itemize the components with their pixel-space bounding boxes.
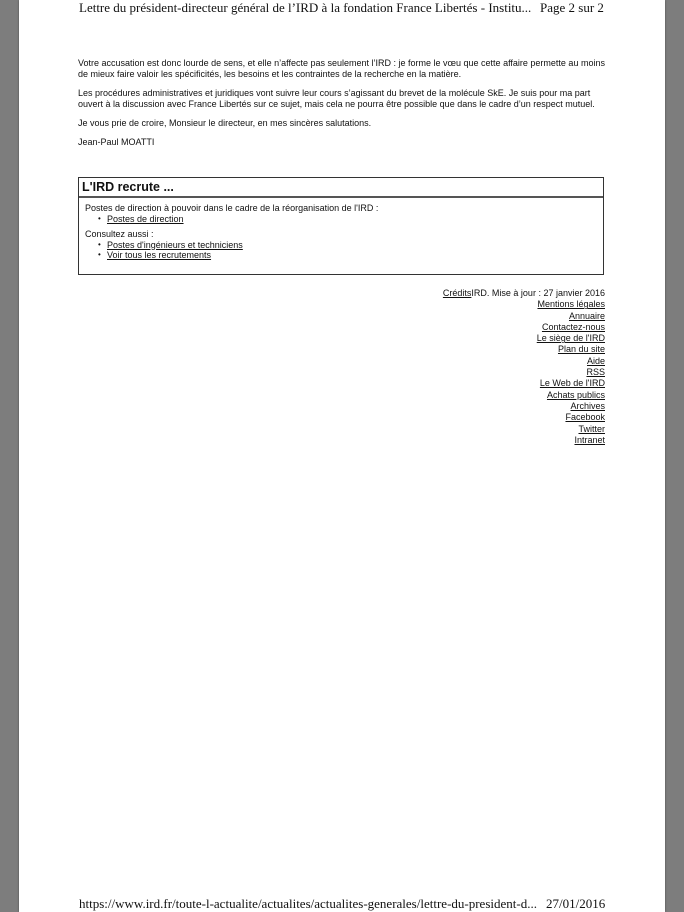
print-footer-date: 27/01/2016 — [546, 896, 605, 911]
list-item: Postes d'ingénieurs et techniciens — [107, 240, 603, 251]
link-mentions-legales[interactable]: Mentions légales — [537, 299, 605, 309]
recruitment-intro: Postes de direction à pouvoir dans le ca… — [85, 203, 603, 214]
link-annuaire[interactable]: Annuaire — [569, 311, 605, 321]
link-rss[interactable]: RSS — [586, 367, 605, 377]
recruitment-box-title: L'IRD recrute ... — [79, 178, 603, 198]
link-postes-direction[interactable]: Postes de direction — [107, 214, 184, 224]
list-item: Voir tous les recrutements — [107, 250, 603, 261]
recruitment-box: L'IRD recrute ... Postes de direction à … — [78, 177, 604, 275]
link-tous-recrutements[interactable]: Voir tous les recrutements — [107, 250, 211, 260]
print-header-title: Lettre du président-directeur général de… — [79, 0, 531, 15]
site-footer: CréditsIRD. Mise à jour : 27 janvier 201… — [443, 288, 605, 446]
printed-page: Lettre du président-directeur général de… — [19, 0, 665, 912]
see-also-label: Consultez aussi : — [85, 229, 603, 240]
page-indicator: Page 2 sur 2 — [540, 0, 604, 15]
print-header: Lettre du président-directeur général de… — [19, 0, 665, 20]
link-achats-publics[interactable]: Achats publics — [547, 390, 605, 400]
letter-signature: Jean-Paul MOATTI — [78, 137, 605, 148]
update-text: IRD. Mise à jour : 27 janvier 2016 — [471, 288, 605, 298]
link-postes-ingenieurs[interactable]: Postes d'ingénieurs et techniciens — [107, 240, 243, 250]
list-item: Postes de direction — [107, 214, 603, 225]
letter-paragraph: Je vous prie de croire, Monsieur le dire… — [78, 118, 605, 129]
link-siege-ird[interactable]: Le siège de l'IRD — [537, 333, 605, 343]
link-plan-du-site[interactable]: Plan du site — [558, 344, 605, 354]
link-contactez-nous[interactable]: Contactez-nous — [542, 322, 605, 332]
credits-link[interactable]: Crédits — [443, 288, 472, 298]
link-intranet[interactable]: Intranet — [574, 435, 605, 445]
letter-paragraph: Votre accusation est donc lourde de sens… — [78, 58, 605, 80]
letter-paragraph: Les procédures administratives et juridi… — [78, 88, 605, 110]
direction-links-list: Postes de direction — [85, 214, 603, 225]
link-archives[interactable]: Archives — [570, 401, 605, 411]
link-aide[interactable]: Aide — [587, 356, 605, 366]
link-web-ird[interactable]: Le Web de l'IRD — [540, 378, 605, 388]
recruitment-box-body: Postes de direction à pouvoir dans le ca… — [79, 198, 603, 261]
letter-body: Votre accusation est donc lourde de sens… — [78, 58, 605, 156]
link-facebook[interactable]: Facebook — [565, 412, 605, 422]
print-footer-url: https://www.ird.fr/toute-l-actualite/act… — [79, 896, 537, 911]
link-twitter[interactable]: Twitter — [578, 424, 605, 434]
see-also-links-list: Postes d'ingénieurs et techniciens Voir … — [85, 240, 603, 261]
footer-update-row: CréditsIRD. Mise à jour : 27 janvier 201… — [443, 288, 605, 299]
